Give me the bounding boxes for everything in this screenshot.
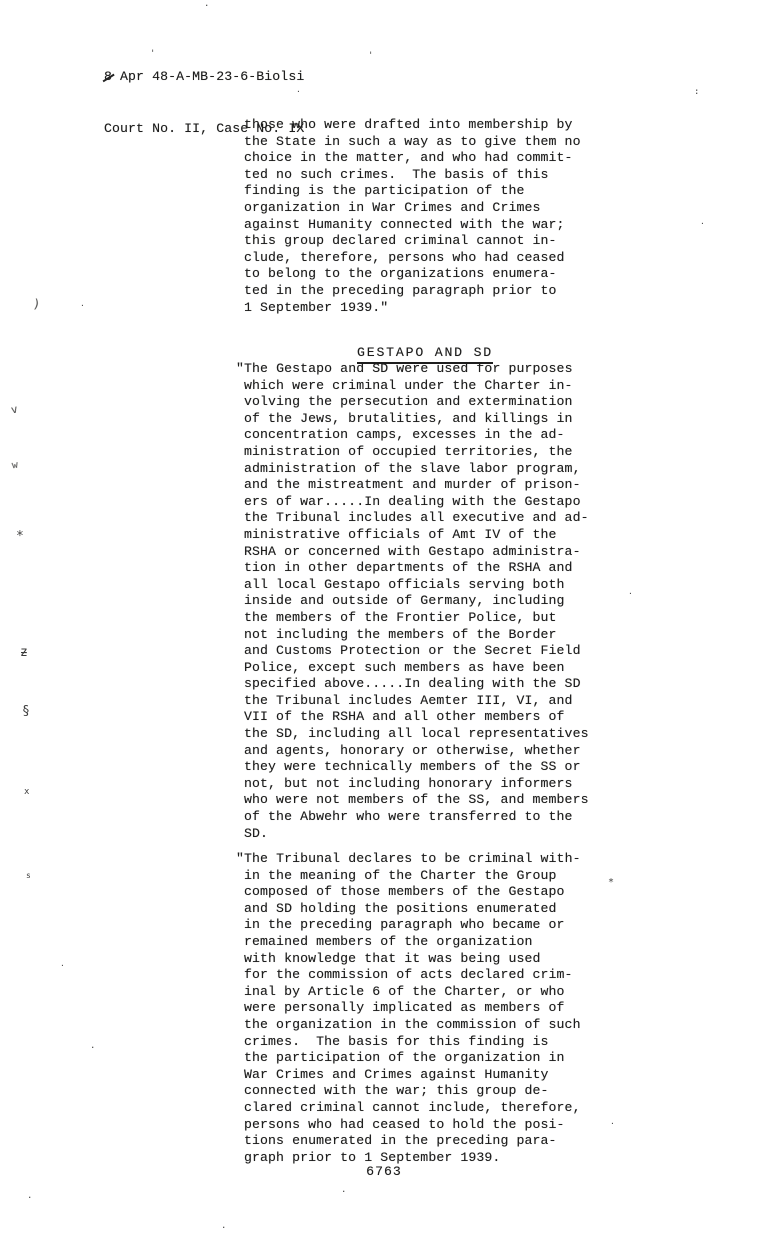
ink-mark: ) xyxy=(32,298,41,311)
ink-mark: . xyxy=(204,0,209,9)
ink-mark: w xyxy=(11,461,18,472)
paragraph-tribunal-declaration: "The Tribunal declares to be criminal wi… xyxy=(244,851,581,1166)
ink-mark: . xyxy=(60,960,65,968)
ink-mark: . xyxy=(27,1192,32,1201)
header-reference-line: 8 Apr 48-A-MB-23-6-Biolsi xyxy=(104,68,304,85)
scanned-document-page: 8 Apr 48-A-MB-23-6-Biolsi Court No. II, … xyxy=(0,0,759,1236)
ink-mark: . xyxy=(341,1186,346,1195)
ink-mark: . xyxy=(80,300,85,308)
ink-mark: : xyxy=(694,88,699,97)
ink-mark: . xyxy=(610,1118,615,1126)
struck-character: 8 xyxy=(104,68,112,85)
ink-mark: * xyxy=(16,530,24,543)
ink-mark: § xyxy=(22,705,30,718)
page-number: 6763 xyxy=(214,1164,554,1181)
paragraph-membership-finding: those who were drafted into membership b… xyxy=(244,117,581,316)
ink-mark: . xyxy=(700,218,705,226)
ink-mark: * xyxy=(608,878,614,888)
ink-mark: v xyxy=(10,403,19,415)
ink-mark: . xyxy=(296,86,301,94)
ink-mark: . xyxy=(221,1222,226,1231)
ink-mark: ' xyxy=(368,52,373,61)
ink-mark: . xyxy=(90,1042,95,1051)
ink-mark: x xyxy=(24,788,29,797)
ink-mark: s xyxy=(26,872,31,880)
ink-mark: ƶ xyxy=(20,646,28,659)
paragraph-gestapo-sd-purposes: "The Gestapo and SD were used for purpos… xyxy=(244,361,589,842)
header-reference-text: Apr 48-A-MB-23-6-Biolsi xyxy=(112,69,304,84)
ink-mark: ' xyxy=(150,50,155,59)
ink-mark: . xyxy=(628,588,633,596)
